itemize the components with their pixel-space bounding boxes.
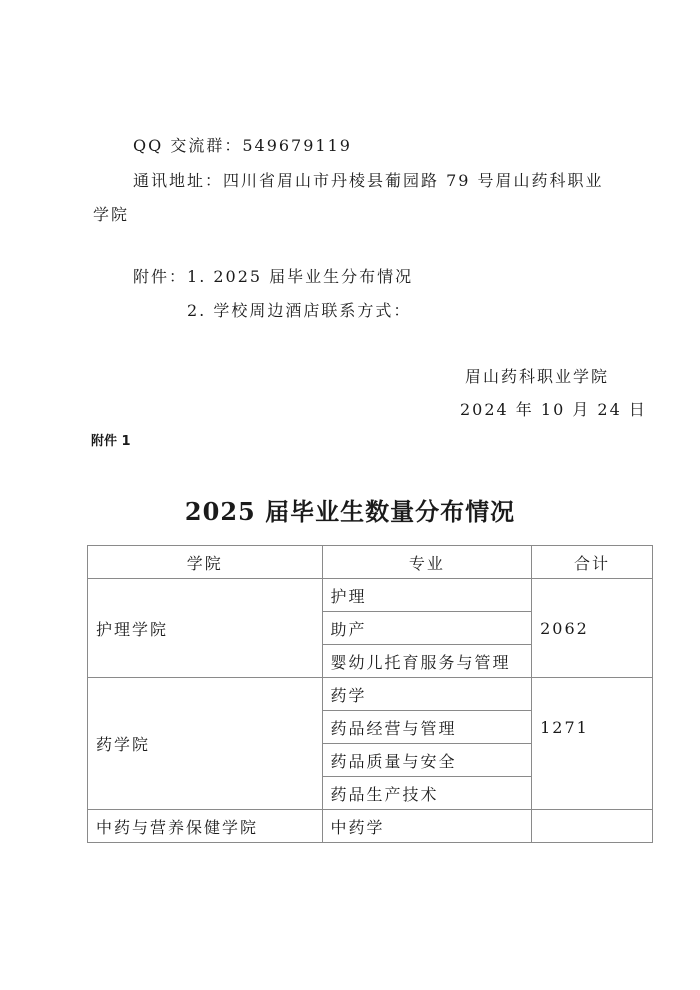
major-cell: 婴幼儿托育服务与管理 xyxy=(322,645,532,678)
attachments-label: 附件： xyxy=(133,267,187,286)
college-cell: 中药与营养保健学院 xyxy=(88,810,323,843)
header-major: 专业 xyxy=(322,546,532,579)
address-continuation: 学院 xyxy=(93,202,129,225)
qq-group-line: QQ 交流群：549679119 xyxy=(133,133,352,156)
appendix-label: 附件 1 xyxy=(91,430,131,449)
appendix-title: 2025 届毕业生数量分布情况 xyxy=(0,492,700,527)
table-row: 药学院 药学 1271 xyxy=(88,678,653,711)
table-row: 护理学院 护理 2062 xyxy=(88,579,653,612)
major-cell: 药品经营与管理 xyxy=(322,711,532,744)
signature-org: 眉山药科职业学院 xyxy=(465,364,609,387)
major-cell: 药品生产技术 xyxy=(322,777,532,810)
total-cell: 2062 xyxy=(532,579,653,678)
major-cell: 药品质量与安全 xyxy=(322,744,532,777)
graduates-table: 学院 专业 合计 护理学院 护理 2062 助产 婴幼儿托育服务与管理 药学院 … xyxy=(87,545,653,843)
college-cell: 药学院 xyxy=(88,678,323,810)
major-cell: 助产 xyxy=(322,612,532,645)
address-line: 通讯地址：四川省眉山市丹棱县葡园路 79 号眉山药科职业 xyxy=(133,168,604,191)
address-label: 通讯地址： xyxy=(133,171,223,190)
major-cell: 中药学 xyxy=(322,810,532,843)
major-cell: 药学 xyxy=(322,678,532,711)
address-value: 四川省眉山市丹棱县葡园路 79 号眉山药科职业 xyxy=(223,171,604,190)
table-header-row: 学院 专业 合计 xyxy=(88,546,653,579)
total-cell: 1271 xyxy=(532,678,653,810)
attachments-line-1: 附件：1. 2025 届毕业生分布情况 xyxy=(133,264,413,287)
header-college: 学院 xyxy=(88,546,323,579)
qq-label: QQ 交流群： xyxy=(133,136,242,155)
attachment-item-1: 1. 2025 届毕业生分布情况 xyxy=(187,267,413,286)
table-row: 中药与营养保健学院 中药学 xyxy=(88,810,653,843)
major-cell: 护理 xyxy=(322,579,532,612)
college-cell: 护理学院 xyxy=(88,579,323,678)
total-cell xyxy=(532,810,653,843)
attachment-item-2: 2. 学校周边酒店联系方式： xyxy=(187,298,411,321)
qq-value: 549679119 xyxy=(242,136,352,155)
signature-date: 2024 年 10 月 24 日 xyxy=(460,397,647,420)
header-total: 合计 xyxy=(532,546,653,579)
